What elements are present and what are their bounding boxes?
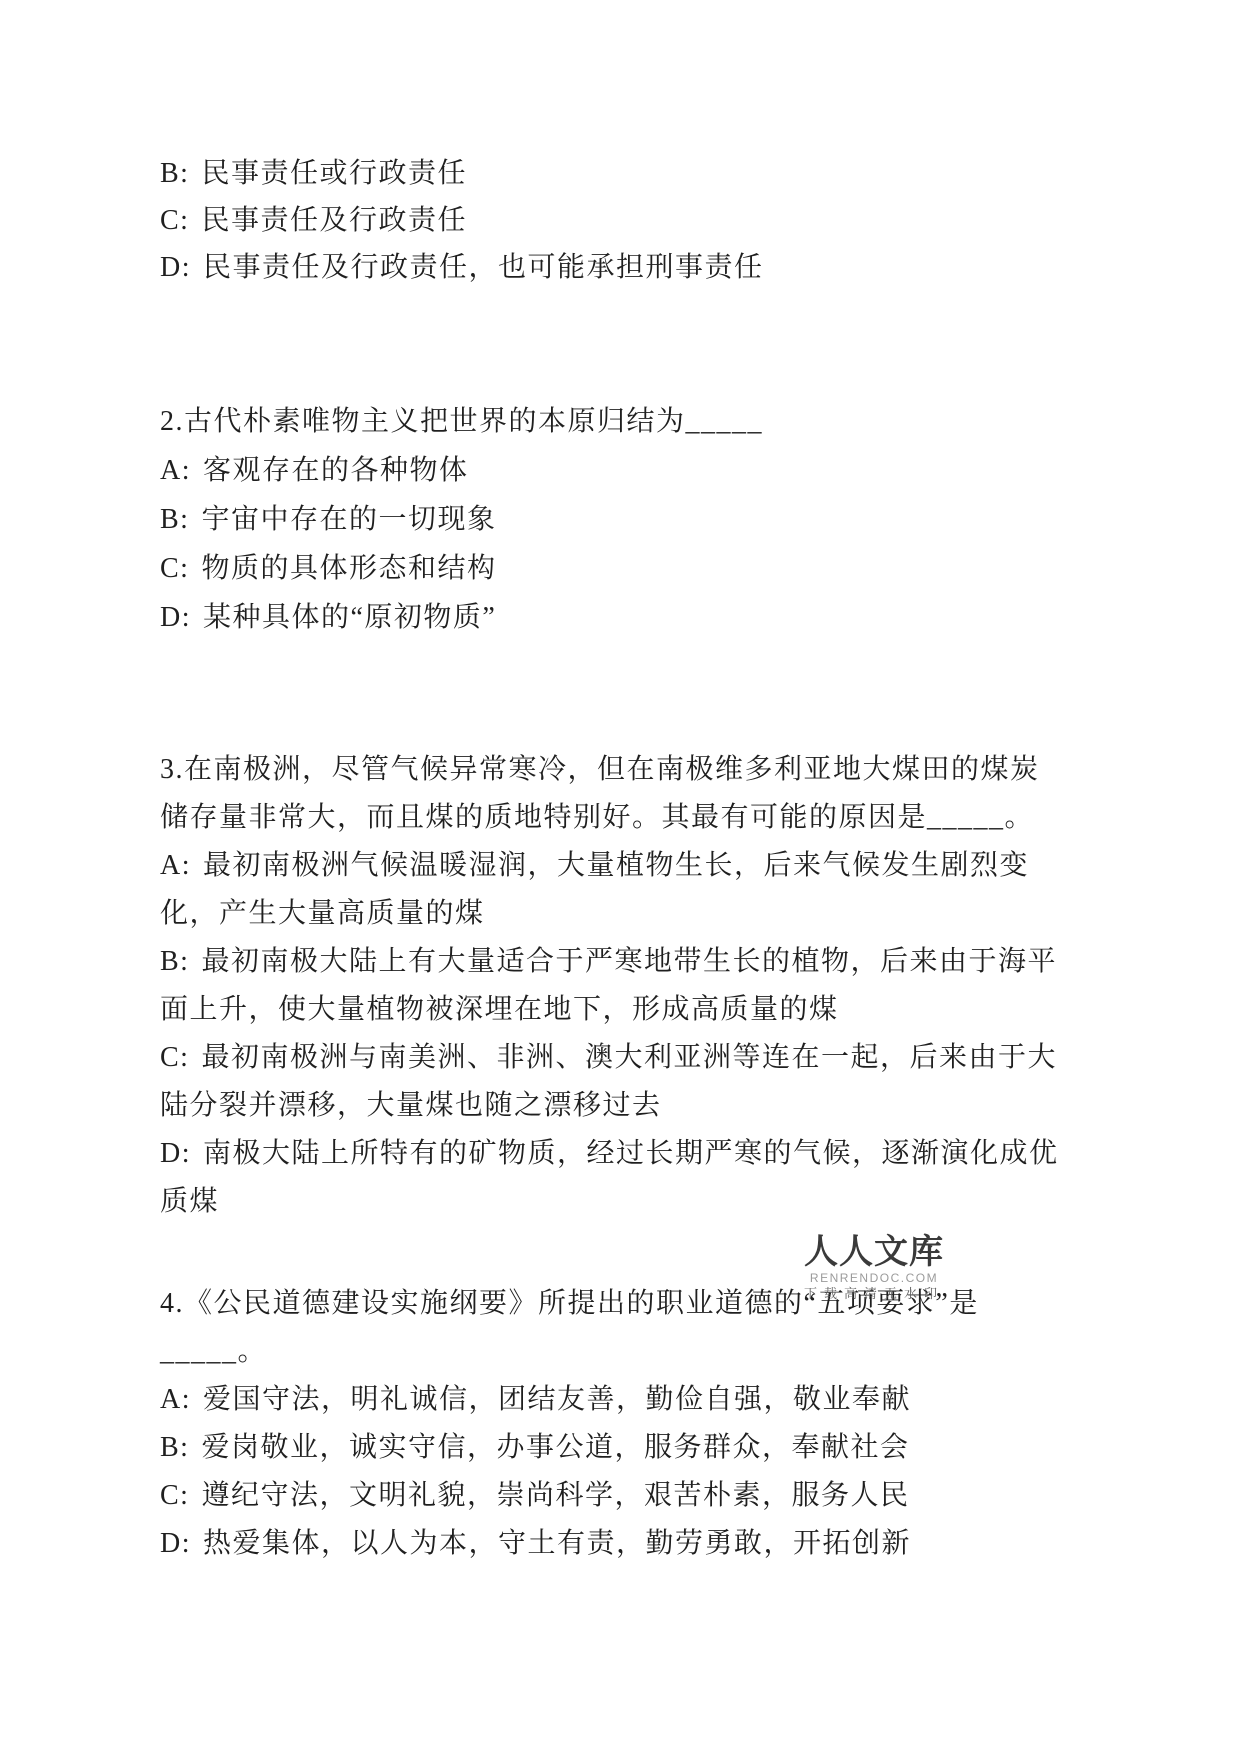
option-label: B: [160, 504, 189, 535]
option-label: B: [160, 946, 189, 977]
watermark-tagline: 下载高清无水印 [797, 1286, 951, 1301]
option-line: B:爱岗敬业，诚实守信，办事公道，服务群众，奉献社会 [160, 1424, 1068, 1472]
option-line: C:最初南极洲与南美洲、非洲、澳大利亚洲等连在一起，后来由于大陆分裂并漂移，大量… [160, 1034, 1068, 1130]
option-text: 最初南极大陆上有大量适合于严寒地带生长的植物，后来由于海平面上升，使大量植物被深… [160, 946, 1057, 1025]
question-block-1: B:民事责任或行政责任 C:民事责任及行政责任 D:民事责任及行政责任，也可能承… [160, 150, 1068, 291]
question-block-3: 3.在南极洲，尽管气候异常寒冷，但在南极维多利亚地大煤田的煤炭储存量非常大，而且… [160, 746, 1068, 1226]
option-text: 宇宙中存在的一切现象 [201, 504, 496, 535]
option-line: D:热爱集体，以人为本，守土有责，勤劳勇敢，开拓创新 [160, 1520, 1068, 1568]
option-label: D: [160, 1528, 191, 1559]
option-text: 最初南极洲气候温暖湿润，大量植物生长，后来气候发生剧烈变化，产生大量高质量的煤 [160, 850, 1029, 929]
question-stem: 2.古代朴素唯物主义把世界的本原归结为_____ [160, 397, 1068, 446]
option-text: 爱国守法，明礼诚信，团结友善，勤俭自强，敬业奉献 [203, 1384, 911, 1415]
option-label: B: [160, 158, 189, 189]
option-line: D:民事责任及行政责任，也可能承担刑事责任 [160, 244, 1068, 291]
option-text: 客观存在的各种物体 [203, 455, 469, 486]
watermark-domain: RENRENDOC.COM [797, 1271, 951, 1285]
watermark-logo-text: 人人文库 [797, 1234, 951, 1271]
option-text: 热爱集体，以人为本，守土有责，勤劳勇敢，开拓创新 [203, 1528, 911, 1559]
option-line: D:南极大陆上所特有的矿物质，经过长期严寒的气候，逐渐演化成优质煤 [160, 1130, 1068, 1226]
option-label: D: [160, 602, 191, 633]
option-text: 南极大陆上所特有的矿物质，经过长期严寒的气候，逐渐演化成优质煤 [160, 1138, 1059, 1217]
option-text: 遵纪守法，文明礼貌，崇尚科学，艰苦朴素，服务人民 [201, 1480, 909, 1511]
option-label: C: [160, 205, 189, 236]
option-label: A: [160, 850, 191, 881]
option-text: 民事责任及行政责任 [201, 205, 467, 236]
option-line: B:最初南极大陆上有大量适合于严寒地带生长的植物，后来由于海平面上升，使大量植物… [160, 938, 1068, 1034]
option-label: B: [160, 1432, 189, 1463]
option-line: B:宇宙中存在的一切现象 [160, 495, 1068, 544]
option-label: A: [160, 1384, 191, 1415]
option-line: C:民事责任及行政责任 [160, 197, 1068, 244]
watermark: 人人文库 RENRENDOC.COM 下载高清无水印 [797, 1234, 951, 1301]
question-block-4: 4.《公民道德建设实施纲要》所提出的职业道德的“五项要求”是_____。 A:爱… [160, 1280, 1068, 1568]
option-label: A: [160, 455, 191, 486]
option-text: 民事责任或行政责任 [201, 158, 467, 189]
option-line: A:爱国守法，明礼诚信，团结友善，勤俭自强，敬业奉献 [160, 1376, 1068, 1424]
option-label: C: [160, 553, 189, 584]
option-line: C:物质的具体形态和结构 [160, 544, 1068, 593]
option-line: B:民事责任或行政责任 [160, 150, 1068, 197]
option-label: D: [160, 1138, 191, 1169]
option-label: D: [160, 252, 191, 283]
question-stem: 3.在南极洲，尽管气候异常寒冷，但在南极维多利亚地大煤田的煤炭储存量非常大，而且… [160, 746, 1068, 842]
option-line: A:客观存在的各种物体 [160, 446, 1068, 495]
option-text: 某种具体的“原初物质” [203, 602, 496, 633]
option-line: A:最初南极洲气候温暖湿润，大量植物生长，后来气候发生剧烈变化，产生大量高质量的… [160, 842, 1068, 938]
option-text: 民事责任及行政责任，也可能承担刑事责任 [203, 252, 764, 283]
option-line: D:某种具体的“原初物质” [160, 593, 1068, 642]
option-label: C: [160, 1480, 189, 1511]
option-text: 爱岗敬业，诚实守信，办事公道，服务群众，奉献社会 [201, 1432, 909, 1463]
option-text: 物质的具体形态和结构 [201, 553, 496, 584]
option-line: C:遵纪守法，文明礼貌，崇尚科学，艰苦朴素，服务人民 [160, 1472, 1068, 1520]
question-block-2: 2.古代朴素唯物主义把世界的本原归结为_____ A:客观存在的各种物体 B:宇… [160, 397, 1068, 642]
option-label: C: [160, 1042, 189, 1073]
document-page: B:民事责任或行政责任 C:民事责任及行政责任 D:民事责任及行政责任，也可能承… [0, 0, 1240, 1753]
option-text: 最初南极洲与南美洲、非洲、澳大利亚洲等连在一起，后来由于大陆分裂并漂移，大量煤也… [160, 1042, 1057, 1121]
